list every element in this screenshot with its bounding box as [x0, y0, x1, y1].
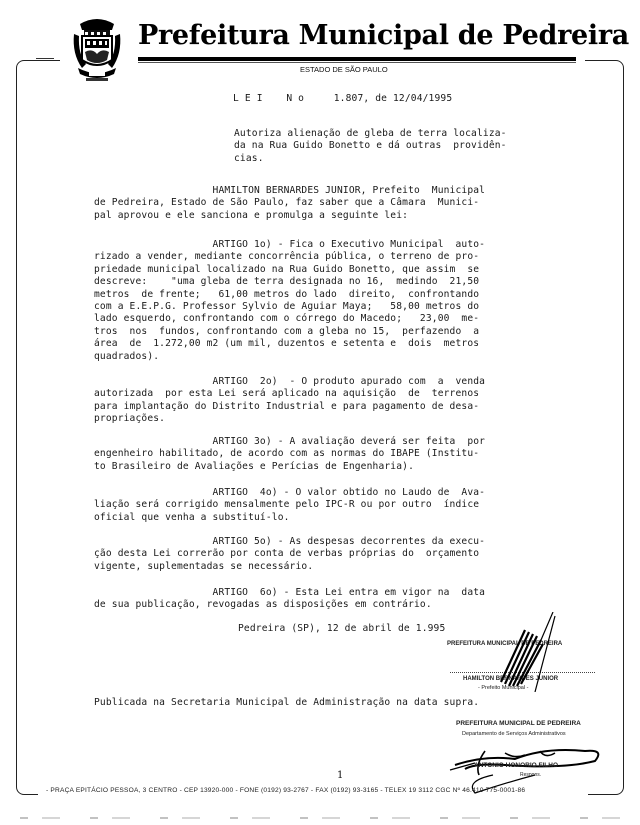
article-4: ARTIGO 4o) - O valor obtido no Laudo de … — [94, 487, 485, 524]
article-3: ARTIGO 3o) - A avaliação deverá ser feit… — [94, 436, 485, 473]
mayor-role: - Prefeito Municipal - — [478, 685, 528, 691]
title-rule-thin — [138, 62, 576, 63]
municipal-coat-of-arms-icon — [72, 14, 122, 84]
letterhead-subtitle: ESTADO DE SÃO PAULO — [300, 65, 388, 74]
frame-tick — [36, 58, 54, 59]
title-rule — [138, 57, 576, 61]
article-5: ARTIGO 5o) - As despesas decorrentes da … — [94, 536, 485, 573]
letterhead-frame — [16, 60, 624, 795]
article-1: ARTIGO 1o) - Fica o Executivo Municipal … — [94, 239, 485, 363]
page-number: 1 — [337, 770, 343, 781]
law-preamble: HAMILTON BERNARDES JUNIOR, Prefeito Muni… — [94, 185, 485, 222]
mayor-name: HAMILTON BERNARDES JUNIOR — [463, 676, 558, 682]
secretary-role: Respons. — [520, 772, 541, 778]
secretary-name: ANTONIO HONORIO FILHO — [474, 762, 558, 769]
law-ementa: Autoriza alienação de gleba de terra loc… — [234, 128, 507, 165]
mayor-signature-line — [450, 672, 595, 673]
article-2: ARTIGO 2o) - O produto apurado com a ven… — [94, 376, 485, 426]
secretary-department: Departamento de Serviços Administrativos — [462, 731, 566, 737]
scan-artifact — [20, 817, 620, 819]
letterhead-footer-address: - PRAÇA EPITÁCIO PESSOA, 3 CENTRO - CEP … — [46, 787, 525, 794]
letterhead-title: Prefeitura Municipal de Pedreira — [138, 20, 629, 51]
place-date: Pedreira (SP), 12 de abril de 1.995 — [238, 623, 445, 635]
publication-note: Publicada na Secretaria Municipal de Adm… — [94, 697, 479, 709]
article-6: ARTIGO 6o) - Esta Lei entra em vigor na … — [94, 587, 485, 612]
law-heading: L E I N o 1.807, de 12/04/1995 — [233, 93, 452, 105]
mayor-stamp: PREFEITURA MUNICIPAL DE PEDREIRA — [447, 641, 562, 647]
secretary-stamp: PREFEITURA MUNICIPAL DE PEDREIRA — [456, 720, 581, 727]
